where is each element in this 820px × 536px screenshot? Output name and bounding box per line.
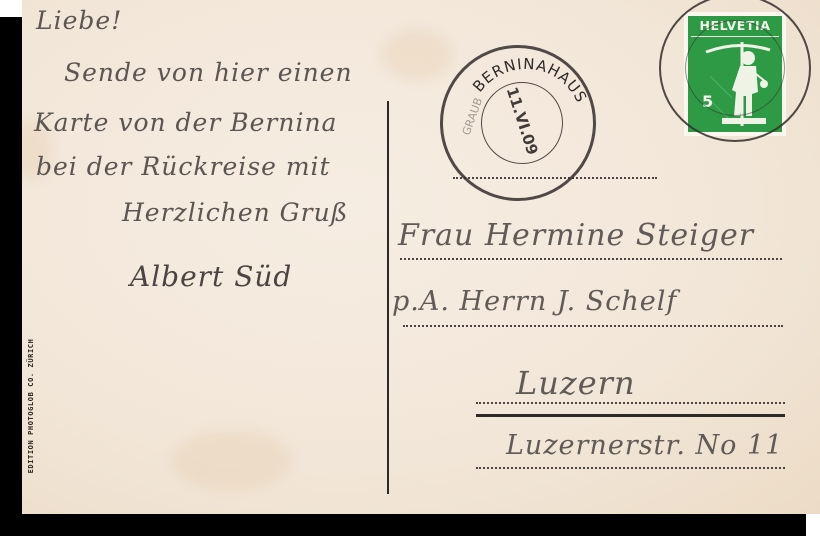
message-line: Liebe!: [36, 6, 122, 35]
address-care-of: p.A. Herrn J. Schelf: [392, 286, 677, 317]
message-line: Karte von der Bernina: [34, 108, 337, 137]
message-line: Sende von hier einen: [64, 58, 353, 87]
address-line-dotted: [400, 258, 782, 260]
card-shadow-left: [0, 17, 22, 536]
postmark-main: BERNINAHAUS 11.VI.09 GRAUB: [440, 45, 596, 201]
message-line: bei der Rückreise mit: [36, 152, 331, 181]
center-divider: [387, 101, 389, 494]
signature: Albert Süd: [130, 260, 292, 293]
address-line-dotted: [476, 402, 785, 404]
postcard-back: EDITION PHOTOGLOB CO. ZÜRICH Liebe! Send…: [22, 0, 820, 514]
address-line-dotted: [476, 467, 785, 469]
address-recipient: Frau Hermine Steiger: [398, 218, 754, 253]
address-street: Luzernerstr. No 11: [506, 430, 783, 461]
address-line-dotted: [403, 325, 783, 327]
card-shadow-bottom: [0, 514, 806, 536]
message-line: Herzlichen Gruß: [122, 198, 348, 227]
publisher-imprint: EDITION PHOTOGLOB CO. ZÜRICH: [27, 320, 37, 492]
address-line-solid: [476, 414, 785, 417]
postmark-inner-ring: [685, 20, 785, 116]
paper-stain: [172, 430, 292, 490]
address-city: Luzern: [516, 364, 636, 402]
